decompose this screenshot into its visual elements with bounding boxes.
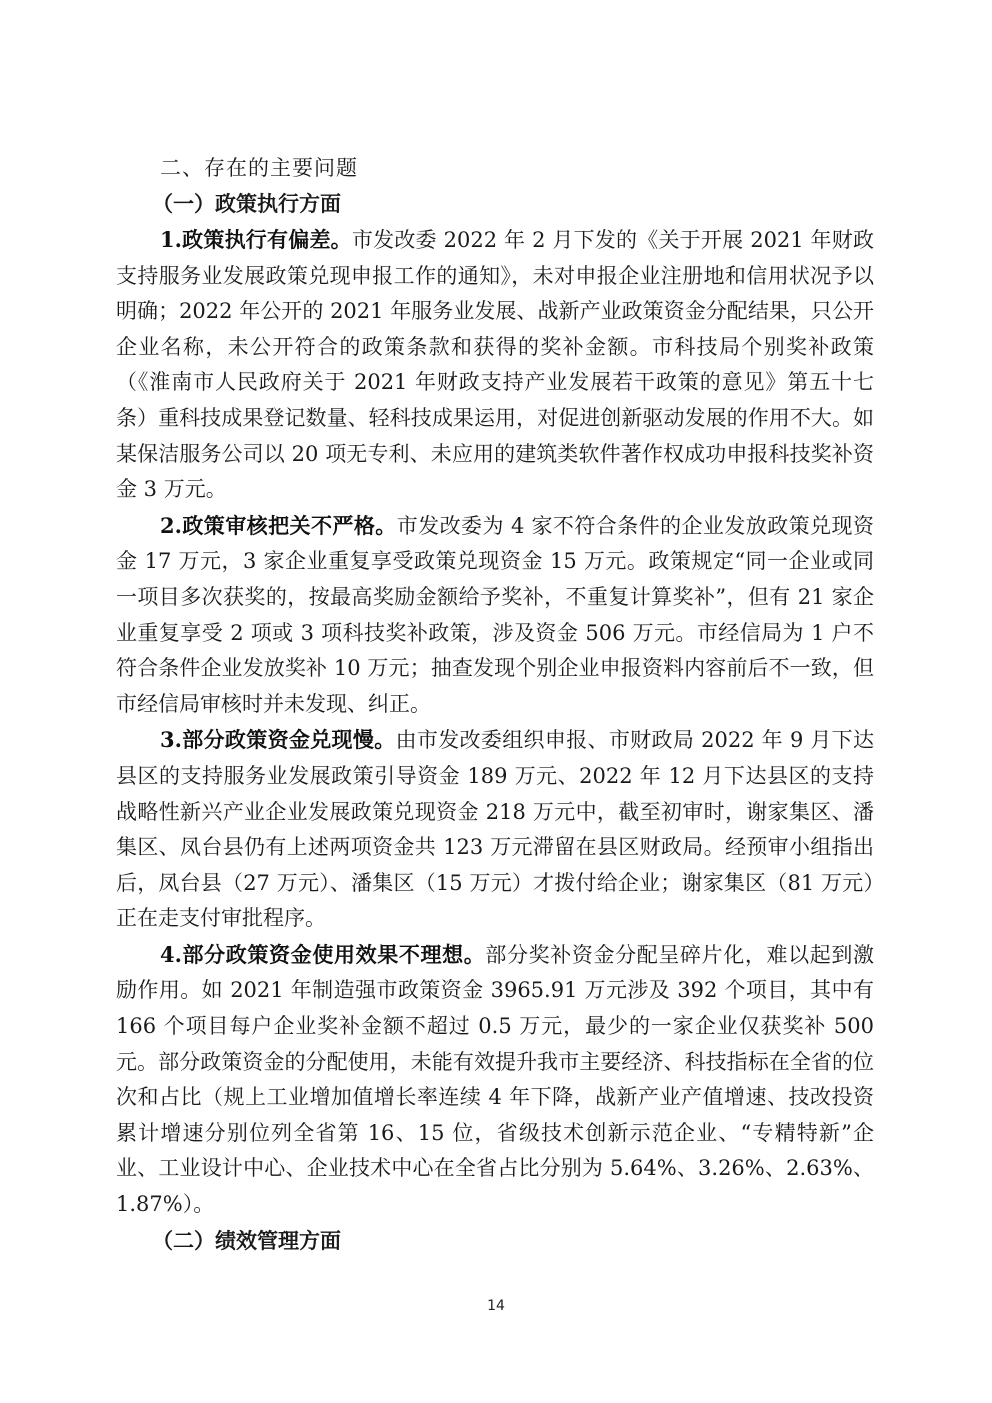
paragraph-2-lead: 2.政策审核把关不严格。 xyxy=(160,513,397,538)
subsection-heading-performance-management: （二）绩效管理方面 xyxy=(116,1223,874,1259)
paragraph-4: 4.部分政策资金使用效果不理想。部分奖补资金分配呈碎片化，难以起到激励作用。如 … xyxy=(116,937,874,1223)
paragraph-2: 2.政策审核把关不严格。市发改委为 4 家不符合条件的企业发放政策兑现资金 17… xyxy=(116,508,874,723)
paragraph-3-body: 由市发改委组织申报、市财政局 2022 年 9 月下达县区的支持服务业发展政策引… xyxy=(116,728,874,930)
paragraph-1-lead: 1.政策执行有偏差。 xyxy=(160,227,352,252)
paragraph-1: 1.政策执行有偏差。市发改委 2022 年 2 月下发的《关于开展 2021 年… xyxy=(116,222,874,508)
paragraph-4-body: 部分奖补资金分配呈碎片化，难以起到激励作用。如 2021 年制造强市政策资金 3… xyxy=(116,943,874,1216)
paragraph-2-body: 市发改委为 4 家不符合条件的企业发放政策兑现资金 17 万元，3 家企业重复享… xyxy=(116,514,874,716)
section-heading: 二、存在的主要问题 xyxy=(116,150,874,186)
paragraph-1-body: 市发改委 2022 年 2 月下发的《关于开展 2021 年财政支持服务业发展政… xyxy=(116,228,874,501)
paragraph-4-lead: 4.部分政策资金使用效果不理想。 xyxy=(160,942,485,967)
subsection-heading-policy-execution: （一）政策执行方面 xyxy=(116,186,874,222)
page-number: 14 xyxy=(0,1298,992,1314)
paragraph-3-lead: 3.部分政策资金兑现慢。 xyxy=(160,727,396,752)
paragraph-3: 3.部分政策资金兑现慢。由市发改委组织申报、市财政局 2022 年 9 月下达县… xyxy=(116,722,874,937)
document-page: 二、存在的主要问题 （一）政策执行方面 1.政策执行有偏差。市发改委 2022 … xyxy=(116,150,874,1259)
